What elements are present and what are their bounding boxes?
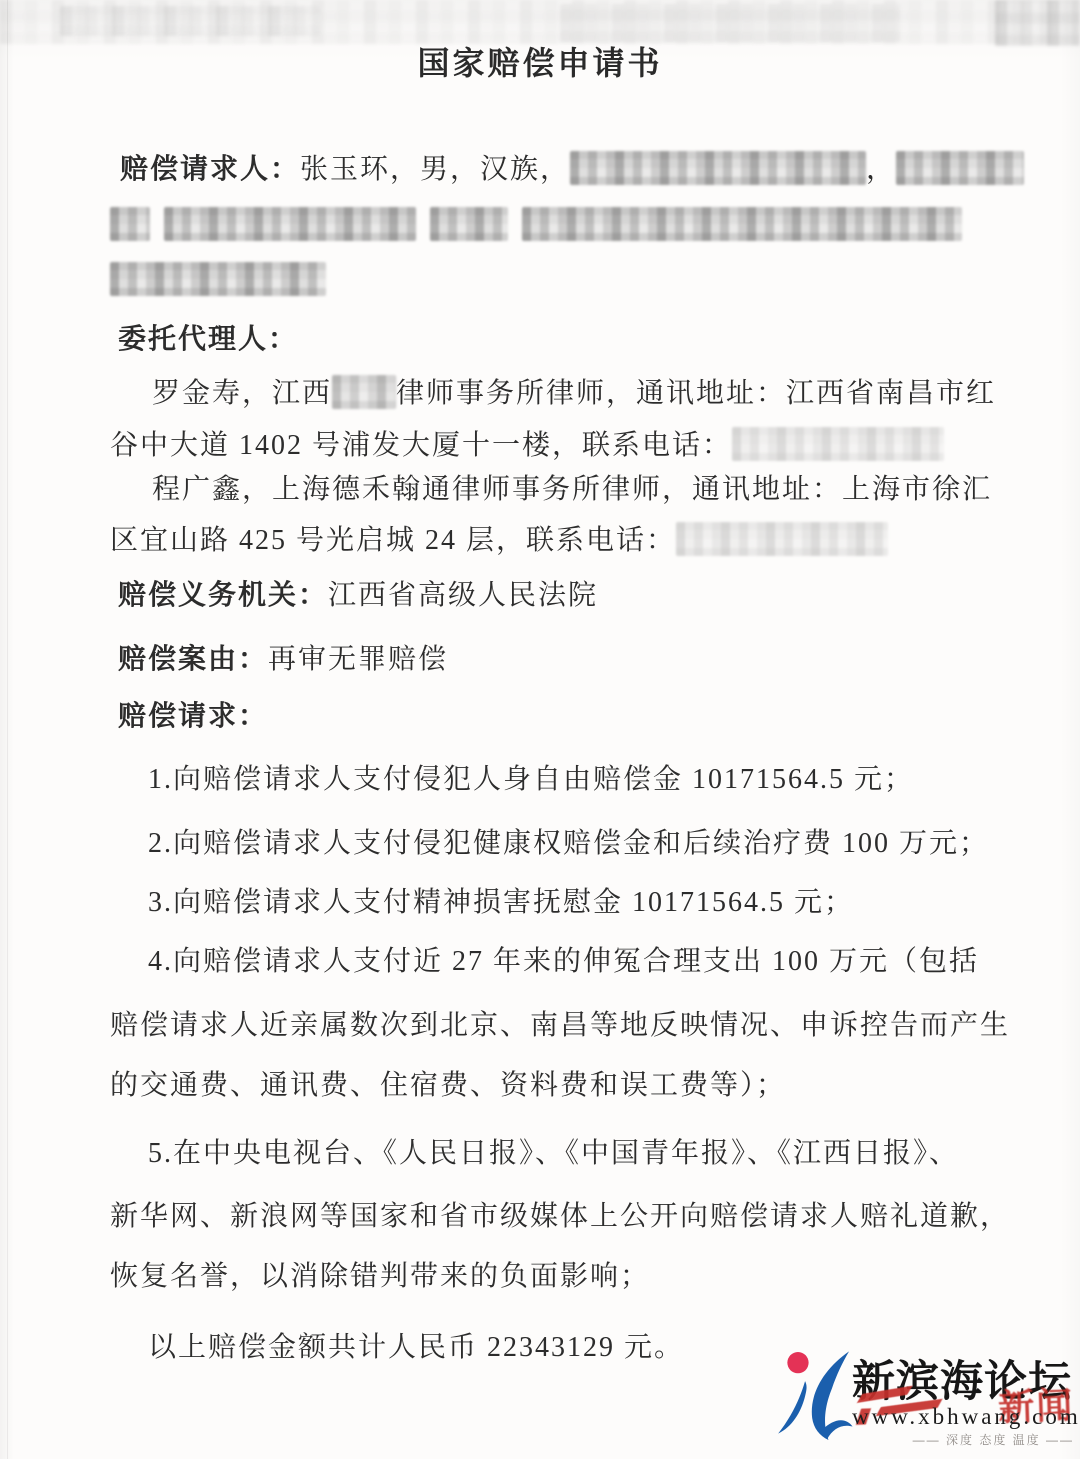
redacted-id-number	[164, 207, 416, 241]
claims-heading: 赔偿请求：	[110, 697, 990, 737]
redacted-address-cont	[110, 262, 326, 296]
agents-heading: 委托代理人：	[110, 320, 990, 360]
agent2-address: 区宜山路 425 号光启城 24 层，联系电话：	[110, 525, 676, 556]
tagline-dash-right: ——	[1046, 1433, 1074, 1447]
claimant-line-3	[110, 261, 990, 301]
redacted-birthdate	[570, 151, 866, 185]
claimant-label: 赔偿请求人：	[120, 154, 300, 185]
claimant-comma: ，	[866, 154, 896, 185]
claimant-line-2	[110, 206, 990, 246]
cause-line: 赔偿案由：再审无罪赔偿	[110, 640, 990, 680]
agent2-line-2: 区宜山路 425 号光启城 24 层，联系电话：	[110, 521, 990, 561]
organ-line: 赔偿义务机关：江西省高级人民法院	[110, 576, 990, 616]
redacted-id-label	[896, 151, 1024, 185]
claim-item-5-line-1: 5.在中央电视台、《人民日报》、《中国青年报》、《江西日报》、	[110, 1134, 990, 1174]
claim-item-4-line-3: 的交通费、通讯费、住宿费、资料费和误工费等）；	[110, 1066, 990, 1106]
claim-item-3: 3.向赔偿请求人支付精神损害抚慰金 10171564.5 元；	[110, 883, 990, 923]
agent1-name-firm-pre: 罗金寿，江西	[152, 378, 332, 409]
claim-item-1: 1.向赔偿请求人支付侵犯人身自由赔偿金 10171564.5 元；	[110, 760, 990, 800]
claim-item-2: 2.向赔偿请求人支付侵犯健康权赔偿金和后续治疗费 100 万元；	[110, 824, 990, 864]
organ-value: 江西省高级人民法院	[328, 580, 598, 611]
site-tagline: —— 深度 态度 温度 ——	[852, 1431, 1074, 1448]
site-url: www.xbhwang.com	[852, 1405, 1074, 1429]
claim-item-4-line-2: 赔偿请求人近亲属数次到北京、南昌等地反映情况、申诉控告而产生	[110, 1006, 990, 1046]
redacted-phone-2	[676, 522, 888, 556]
tagline-text: 深度 态度 温度	[946, 1433, 1041, 1447]
agent1-address: 谷中大道 1402 号浦发大厦十一楼，联系电话：	[110, 430, 732, 461]
page-edge-line	[7, 0, 8, 1459]
organ-label: 赔偿义务机关：	[118, 580, 328, 611]
document-title: 国家赔偿申请书	[0, 38, 1080, 84]
redacted-phone-1	[732, 427, 944, 461]
scanned-document-page: 国家赔偿申请书 赔偿请求人：张玉环，男，汉族，， 委托代理人： 罗金寿，江西律师…	[0, 0, 1080, 1459]
cause-label: 赔偿案由：	[118, 644, 268, 675]
redacted-block	[110, 207, 150, 241]
site-name: 新滨海论坛	[852, 1359, 1074, 1405]
agent1-line-1: 罗金寿，江西律师事务所律师，通讯地址：江西省南昌市红	[110, 374, 990, 414]
agent1-line-2: 谷中大道 1402 号浦发大厦十一楼，联系电话：	[110, 426, 990, 466]
agent1-firm-post: 律师事务所律师，通讯地址：江西省南昌市红	[396, 378, 996, 409]
scan-noise-patch-middle	[560, 4, 900, 42]
claimant-line-1: 赔偿请求人：张玉环，男，汉族，，	[110, 150, 990, 190]
scan-noise-patch-left	[60, 6, 320, 36]
agent2-name-firm: 程广鑫，上海德禾翰通律师事务所律师，通讯地址：上海市徐汇	[152, 474, 992, 505]
cause-value: 再审无罪赔偿	[268, 644, 448, 675]
redacted-address-label	[430, 207, 508, 241]
tagline-dash-left: ——	[913, 1433, 941, 1447]
claim-item-4-line-1: 4.向赔偿请求人支付近 27 年来的伸冤合理支出 100 万元（包括	[110, 942, 990, 982]
redacted-address	[522, 207, 962, 241]
site-watermark: 新滨海论坛 www.xbhwang.com —— 深度 态度 温度 —— 新闻	[768, 1335, 1074, 1453]
agent2-line-1: 程广鑫，上海德禾翰通律师事务所律师，通讯地址：上海市徐汇	[110, 470, 990, 510]
claimant-intro: 张玉环，男，汉族，	[300, 154, 570, 185]
xbh-logo-icon	[776, 1343, 854, 1449]
claim-item-5-line-2: 新华网、新浪网等国家和省市级媒体上公开向赔偿请求人赔礼道歉，	[110, 1197, 990, 1237]
claim-item-5-line-3: 恢复名誉，以消除错判带来的负面影响；	[110, 1257, 990, 1297]
redacted-firm-name	[332, 375, 396, 409]
